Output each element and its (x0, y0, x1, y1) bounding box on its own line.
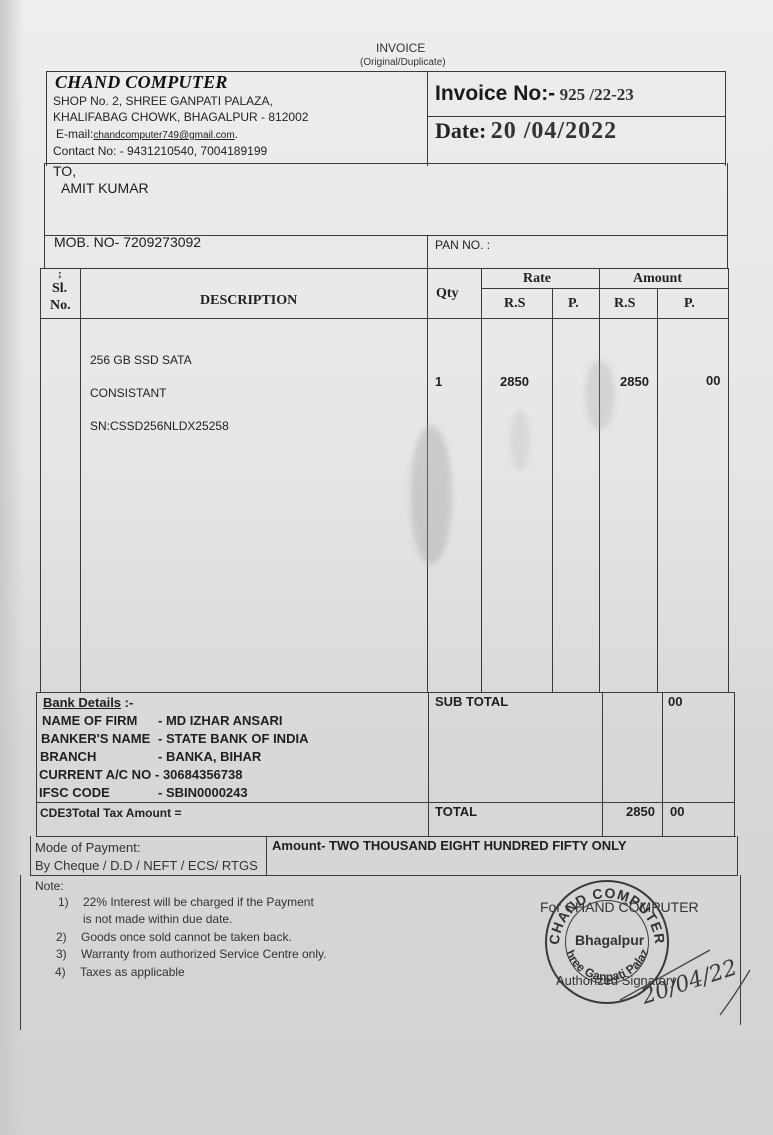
item-rate-rs: 2850 (500, 374, 529, 389)
seller-email-suffix: . (235, 127, 238, 141)
table-top-border (40, 268, 728, 269)
col-rate-p-header: P. (568, 296, 579, 312)
col-no-label: No. (50, 298, 71, 314)
item-amount-p: 00 (706, 373, 720, 388)
buyer-mobile: MOB. NO- 7209273092 (54, 234, 201, 250)
subtotal-rs-divider (602, 692, 603, 837)
bank-field-label: BRANCH (40, 749, 96, 764)
item-description-line2: CONSISTANT (90, 386, 166, 400)
border-right-top (725, 71, 726, 166)
notes-heading: Note: (35, 879, 64, 893)
bank-heading: Bank Details (43, 695, 121, 710)
col-qty-header: Qty (436, 286, 459, 302)
buyer-pan-label: PAN NO. : (435, 238, 490, 252)
amount-p-col-divider (657, 288, 658, 693)
total-label: TOTAL (435, 804, 477, 819)
seller-name: CHAND COMPUTER (55, 72, 228, 93)
bank-section-top (36, 692, 734, 693)
col-amount-p-header: P. (684, 296, 695, 312)
subtotal-p: 00 (668, 694, 682, 709)
payment-mode-options: By Cheque / D.D / NEFT / ECS/ RTGS (35, 858, 258, 873)
note-1-number: 1) (58, 895, 69, 909)
bank-field-value: - BANKA, BIHAR (158, 749, 261, 764)
invoice-date-label: Date: (435, 118, 486, 143)
table-right-border (728, 268, 729, 693)
bank-heading-suffix: :- (121, 695, 133, 710)
bank-field-value: - STATE BANK OF INDIA (158, 731, 308, 746)
invoice-number-label: Invoice No:- (435, 82, 555, 105)
seller-bottom-border (44, 163, 726, 164)
note-1-text: 22% Interest will be charged if the Paym… (83, 895, 314, 909)
note-2-number: 2) (56, 930, 67, 944)
table-left-border (40, 268, 41, 693)
total-bottom-border (36, 836, 736, 837)
seller-address-line2: KHALIFABAG CHOWK, BHAGALPUR - 812002 (53, 110, 308, 124)
item-qty: 1 (435, 374, 442, 389)
bank-field-label: BANKER'S NAME (41, 731, 150, 746)
bank-bottom-divider (36, 802, 734, 803)
invoice-date-value: 20 /04/2022 (491, 118, 617, 144)
border-left-top (46, 71, 47, 166)
scan-smudge (410, 425, 452, 565)
note-3-number: 3) (56, 947, 67, 961)
amount-col-divider (599, 268, 600, 693)
payment-bottom-border (30, 875, 738, 876)
seller-email-link[interactable]: chandcomputer749@gmail.com (93, 130, 234, 141)
col-sl-label: Sl. (52, 281, 67, 297)
note-4-text: Taxes as applicable (80, 965, 185, 979)
col-rate-rs-header: R.S (504, 296, 525, 312)
seller-email-row: E-mail:chandcomputer749@gmail.com. (56, 127, 238, 141)
invoice-date-row: Date: 20 /04/2022 (435, 118, 617, 145)
payment-left-border (30, 836, 31, 876)
item-description-line1: 256 GB SSD SATA (90, 353, 192, 367)
scan-smudge (585, 360, 615, 430)
col-amount-rs-header: R.S (614, 296, 635, 312)
buyer-right-border (727, 163, 728, 269)
scan-smudge (510, 410, 530, 470)
invoice-date-divider (427, 116, 725, 117)
col-description-header: DESCRIPTION (200, 293, 297, 309)
bank-field-label: CURRENT A/C NO (39, 767, 151, 782)
item-amount-rs: 2850 (620, 374, 649, 389)
buyer-left-border (44, 163, 45, 269)
header-divider (427, 71, 428, 166)
seller-address-line1: SHOP No. 2, SHREE GANPATI PALAZA, (53, 94, 273, 108)
bank-field-value: - MD IZHAR ANSARI (158, 713, 282, 728)
total-rs: 2850 (626, 804, 655, 819)
note-4-number: 4) (55, 965, 66, 979)
invoice-number-value: 925 /22-23 (560, 85, 634, 104)
buyer-to-label: TO, (53, 163, 76, 179)
invoice-number-row: Invoice No:- 925 /22-23 (435, 82, 634, 106)
note-2-text: Goods once sold cannot be taken back. (81, 930, 292, 944)
bank-right-border (734, 692, 735, 837)
payment-right-border (737, 836, 738, 876)
bank-left-border (36, 692, 37, 837)
bank-field-value: - SBIN0000243 (158, 785, 248, 800)
bank-field-value: - 30684356738 (155, 767, 242, 782)
seller-contact: Contact No: - 9431210540, 7004189199 (53, 144, 267, 158)
sl-col-divider (80, 268, 81, 693)
amount-in-words: Amount- TWO THOUSAND EIGHT HUNDRED FIFTY… (272, 838, 627, 853)
bank-heading-row: Bank Details :- (43, 695, 133, 710)
subtotal-p-divider (662, 692, 663, 837)
bank-field-label: NAME OF FIRM (42, 713, 137, 728)
payment-divider (266, 836, 267, 876)
invoice-copy-type: (Original/Duplicate) (360, 57, 446, 68)
total-tax-line: CDE3Total Tax Amount = (40, 806, 181, 820)
invoice-heading: INVOICE (376, 41, 425, 55)
note-1-text-continued: is not made within due date. (83, 912, 232, 926)
subtotal-label: SUB TOTAL (435, 694, 508, 709)
rate-col-divider (481, 268, 482, 693)
rate-amount-subheader-line (481, 288, 728, 289)
rate-p-col-divider (552, 288, 553, 693)
subtotal-left-divider (428, 692, 429, 837)
notes-left-border (20, 875, 21, 1030)
table-header-bottom (40, 318, 728, 319)
seller-email-label: E-mail: (56, 127, 93, 141)
col-amount-header: Amount (633, 271, 682, 287)
note-3-text: Warranty from authorized Service Centre … (81, 947, 326, 961)
pan-divider (427, 235, 428, 269)
buyer-name: AMIT KUMAR (61, 180, 149, 196)
item-description-line3: SN:CSSD256NLDX25258 (90, 419, 229, 433)
sl-mark: ; (58, 268, 62, 280)
bank-field-label: IFSC CODE (39, 785, 110, 800)
col-rate-header: Rate (523, 271, 551, 287)
total-p: 00 (670, 804, 684, 819)
payment-mode-label: Mode of Payment: (35, 840, 141, 855)
